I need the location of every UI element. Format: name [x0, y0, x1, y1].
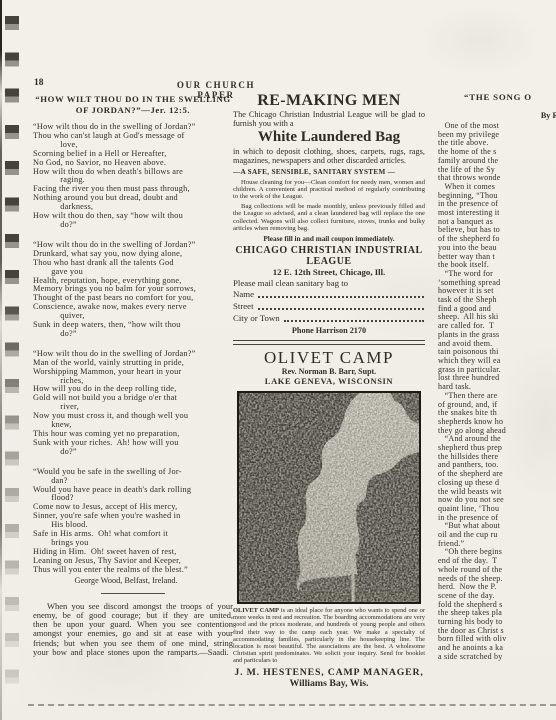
- white-laundered-bag-title: White Laundered Bag: [233, 129, 425, 146]
- coupon-field-name: Name: [233, 288, 425, 300]
- camp-photo-illustration: [239, 393, 419, 602]
- coupon-field-city: City or Town: [233, 312, 425, 324]
- bag-description: in which to deposit clothing, shoes, car…: [233, 147, 425, 165]
- poem-stanza-1: “How wilt thou do in the swelling of Jor…: [33, 123, 233, 230]
- phone-number: Phone Harrison 2170: [233, 326, 425, 336]
- coupon-field-street: Street: [233, 300, 425, 312]
- remaking-men-title: RE-MAKING MEN: [233, 93, 425, 109]
- camp-manager-name: J. M. HESTENES, CAMP MANAGER,: [233, 667, 425, 678]
- saadi-quote-paragraph: When you see discord amongst the troops …: [33, 602, 233, 658]
- street-field-label: Street: [233, 300, 254, 312]
- sanitary-system-line: —A SAFE, SENSIBLE, SANITARY SYSTEM —: [233, 168, 425, 177]
- coupon-instruction: Please fill in and mail coupon immediate…: [233, 235, 425, 243]
- street-field-blank-line: [258, 307, 424, 310]
- poem-title-line-1: “HOW WILT THOU DO IN THE SWELLING: [33, 94, 233, 105]
- middle-column: RE-MAKING MEN The Chicago Christian Indu…: [233, 93, 425, 689]
- photo-caption-lead: OLIVET CAMP: [233, 607, 279, 614]
- league-address: 12 E. 12th Street, Chicago, Ill.: [233, 267, 425, 277]
- text-line: a side scratched by: [438, 653, 556, 662]
- olivet-camp-title: OLIVET CAMP: [233, 349, 425, 367]
- text-line: do?”: [33, 448, 233, 457]
- divider-rule: [101, 593, 165, 594]
- poem-title-line-2: OF JORDAN?”—Jer. 12:5.: [33, 105, 233, 116]
- double-rule-divider: [233, 340, 425, 345]
- poem-stanza-3: “How wilt thou do in the swelling of Jor…: [33, 350, 233, 457]
- binding-holes-fade: [4, 16, 20, 704]
- scan-edge-line: [0, 0, 2, 720]
- ad-paragraph-2: Bag collections will be made monthly, un…: [233, 203, 425, 233]
- name-field-label: Name: [233, 288, 254, 300]
- remaking-men-intro: The Chicago Christian Industrial League …: [233, 110, 425, 128]
- olivet-camp-location: LAKE GENEVA, WISCONSIN: [233, 376, 425, 386]
- text-line: do?”: [33, 221, 233, 230]
- league-name: CHICAGO CHRISTIAN INDUSTRIAL LEAGUE: [233, 245, 425, 267]
- song-article-body: One of the mostbeen my privilegethe titl…: [438, 122, 556, 662]
- song-article-title: “THE SONG O: [438, 92, 556, 102]
- coupon-lead-text: Please mail clean sanitary bag to: [233, 278, 425, 288]
- scanned-page: 18 OUR CHURCH PAPER “HOW WILT THOU DO IN…: [0, 0, 556, 720]
- text-line: Thus will you enter the realms of the bl…: [33, 566, 233, 575]
- ad-paragraph-1: House cleaning for you—Clean comfort for…: [233, 179, 425, 201]
- poem-stanza-4: “Would you be safe in the swelling of Jo…: [33, 468, 233, 575]
- photo-caption: OLIVET CAMP is an ideal place for anyone…: [233, 607, 425, 665]
- name-field-blank-line: [258, 295, 424, 298]
- page-number: 18: [34, 78, 44, 88]
- olivet-camp-superintendent: Rev. Norman B. Barr, Supt.: [233, 367, 425, 376]
- poem-title: “HOW WILT THOU DO IN THE SWELLING OF JOR…: [33, 94, 233, 115]
- city-field-label: City or Town: [233, 312, 280, 324]
- song-article-byline: By Re: [438, 111, 556, 120]
- photo-caption-text: is an ideal place for anyone who wants t…: [233, 607, 425, 664]
- poem-stanza-2: “How wilt thou do in the swelling of Jor…: [33, 241, 233, 339]
- left-column: “HOW WILT THOU DO IN THE SWELLING OF JOR…: [33, 94, 233, 657]
- right-column: “THE SONG O By Re One of the mostbeen my…: [438, 92, 556, 662]
- olivet-camp-photo: [237, 391, 421, 604]
- scan-bottom-edge: [28, 704, 556, 706]
- city-field-blank-line: [284, 319, 424, 322]
- camp-manager-city: Williams Bay, Wis.: [233, 678, 425, 689]
- poem-author-signature: George Wood, Belfast, Ireland.: [33, 576, 233, 586]
- text-line: do?”: [33, 330, 233, 339]
